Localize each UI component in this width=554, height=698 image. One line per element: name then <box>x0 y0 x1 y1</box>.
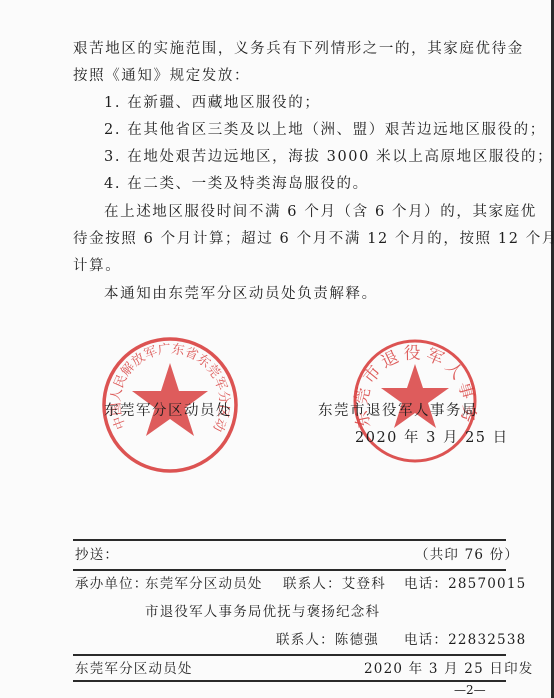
list-item-2: 2. 在其他省区三类及以上地（洲、盟）艰苦边远地区服役的； <box>104 121 546 139</box>
contact-person-1: 联系人：艾登科 <box>283 575 386 593</box>
signature-date: 2020 年 3 月 25 日 <box>355 429 509 447</box>
list-item-1: 1. 在新疆、西藏地区服役的； <box>104 94 320 112</box>
cc-label: 抄送： <box>75 546 119 564</box>
list-item-4: 4. 在二类、一类及特类海岛服役的。 <box>104 175 369 193</box>
left-signature-org: 东莞军分区动员处 <box>104 402 232 420</box>
body-line: 艰苦地区的实施范围，义务兵有下列情形之一的，其家庭优待金 <box>73 40 524 58</box>
body-line: 按照《通知》规定发放： <box>73 67 250 85</box>
document-page: 艰苦地区的实施范围，义务兵有下列情形之一的，其家庭优待金 按照《通知》规定发放：… <box>0 0 554 698</box>
footer-divider <box>73 654 506 656</box>
page-number: —2— <box>454 683 486 697</box>
contact-person-2: 联系人：陈德强 <box>276 631 379 649</box>
issuer: 东莞军分区动员处 <box>75 660 193 678</box>
right-signature-org: 东莞市退役军人事务局 <box>318 402 478 420</box>
body-line: 在上述地区服役时间不满 6 个月（含 6 个月）的，其家庭优 <box>104 203 537 221</box>
list-item-3: 3. 在地处艰苦边远地区，海拔 3000 米以上高原地区服役的； <box>104 148 553 166</box>
footer-divider-top <box>73 539 506 541</box>
handler-label: 承办单位： <box>75 575 149 593</box>
issue-date: 2020 年 3 月 25 日印发 <box>364 660 533 678</box>
footer-divider <box>73 569 506 571</box>
interpretation-note: 本通知由东莞军分区动员处负责解释。 <box>104 285 378 303</box>
phone-1: 电话：28570015 <box>404 575 526 593</box>
copies-count: （共印 76 份） <box>415 546 519 564</box>
body-line: 计算。 <box>73 257 121 275</box>
body-line: 待金按照 6 个月计算；超过 6 个月不满 12 个月的，按照 12 个月 <box>73 230 554 248</box>
handler-unit-2: 市退役军人事务局优抚与褒扬纪念科 <box>145 603 380 621</box>
phone-2: 电话：22832538 <box>404 631 526 649</box>
handler-unit-1: 东莞军分区动员处 <box>145 575 263 593</box>
footer-divider-bottom <box>73 680 506 682</box>
